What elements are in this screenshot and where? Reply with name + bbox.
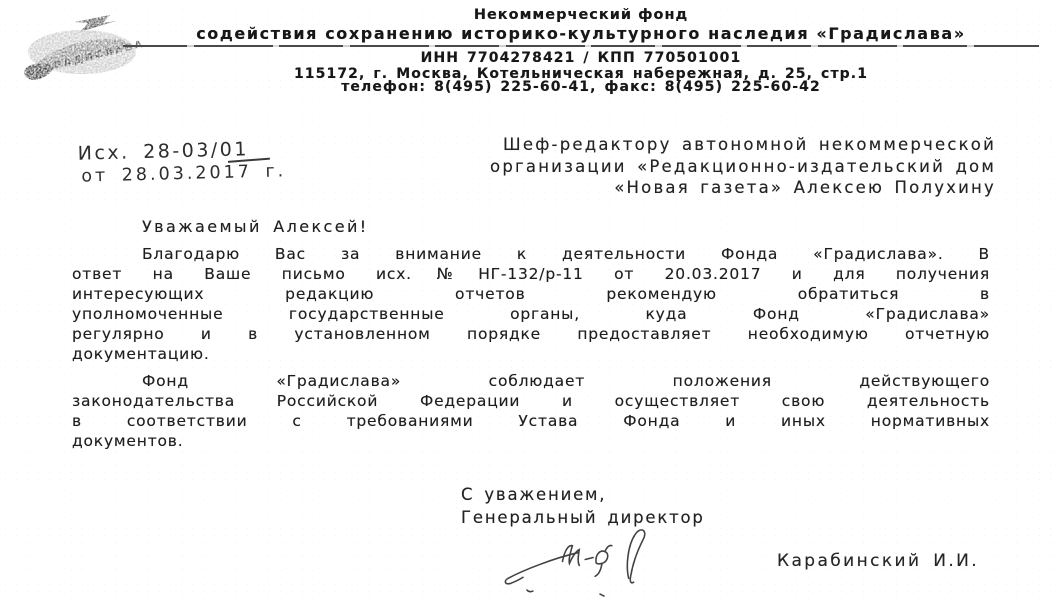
recipient-line2: организации «Редакционно-издательский до… (376, 156, 996, 178)
body-line: интересующих редакцию отчетов рекомендую… (72, 284, 990, 304)
paragraph-1: Благодарю Вас за внимание к деятельности… (72, 244, 990, 364)
letter-body: Благодарю Вас за внимание к деятельности… (72, 244, 990, 451)
body-line: Благодарю Вас за внимание к деятельности… (72, 244, 990, 264)
body-line: уполномоченные государственные органы, к… (72, 304, 990, 324)
scanned-letter-page: ГРАДИСЛАВА Некоммерческий фонд содействи… (0, 0, 1060, 599)
outgoing-reference-handwritten: Исх. 28-03/01 от 28.03.2017 г. (77, 137, 286, 188)
signer-name: Карабинский И.И. (777, 551, 979, 571)
reference-date: от 28.03.2017 г. (81, 160, 287, 188)
letterhead: Некоммерческий фонд содействия сохранени… (118, 7, 1044, 95)
closing-regards: С уважением, (461, 484, 705, 507)
recipient-line1: Шеф-редактору автономной некоммерческой (376, 134, 996, 156)
body-line: Фонд «Градислава» соблюдает положения де… (72, 371, 990, 391)
paragraph-2: Фонд «Градислава» соблюдает положения де… (72, 371, 990, 451)
salutation: Уважаемый Алексей! (142, 217, 369, 236)
recipient-line3: «Новая газета» Алексею Полухину (376, 177, 996, 199)
body-line: документацию. (72, 344, 990, 364)
body-line: регулярно и в установленном порядке пред… (72, 324, 990, 344)
org-name-line1: Некоммерческий фонд (118, 7, 1044, 23)
body-line: законодательства Российской Федерации и … (72, 391, 990, 411)
body-line: ответ на Ваше письмо исх.№НГ-132/р-11 от… (72, 264, 990, 284)
letterhead-divider (123, 45, 1040, 47)
inn-kpp-line: ИНН 7704278421 / КПП 770501001 (118, 52, 1044, 66)
recipient-block: Шеф-редактору автономной некоммерческой … (376, 134, 996, 199)
body-line: документов. (72, 431, 990, 451)
body-line: в соответствии с требованиями Устава Фон… (72, 411, 990, 431)
phone-fax-line: телефон: 8(495) 225-60-41, факс: 8(495) … (118, 81, 1044, 95)
signature-icon (492, 519, 712, 599)
org-name-line2: содействия сохранению историко-культурно… (118, 24, 1044, 43)
